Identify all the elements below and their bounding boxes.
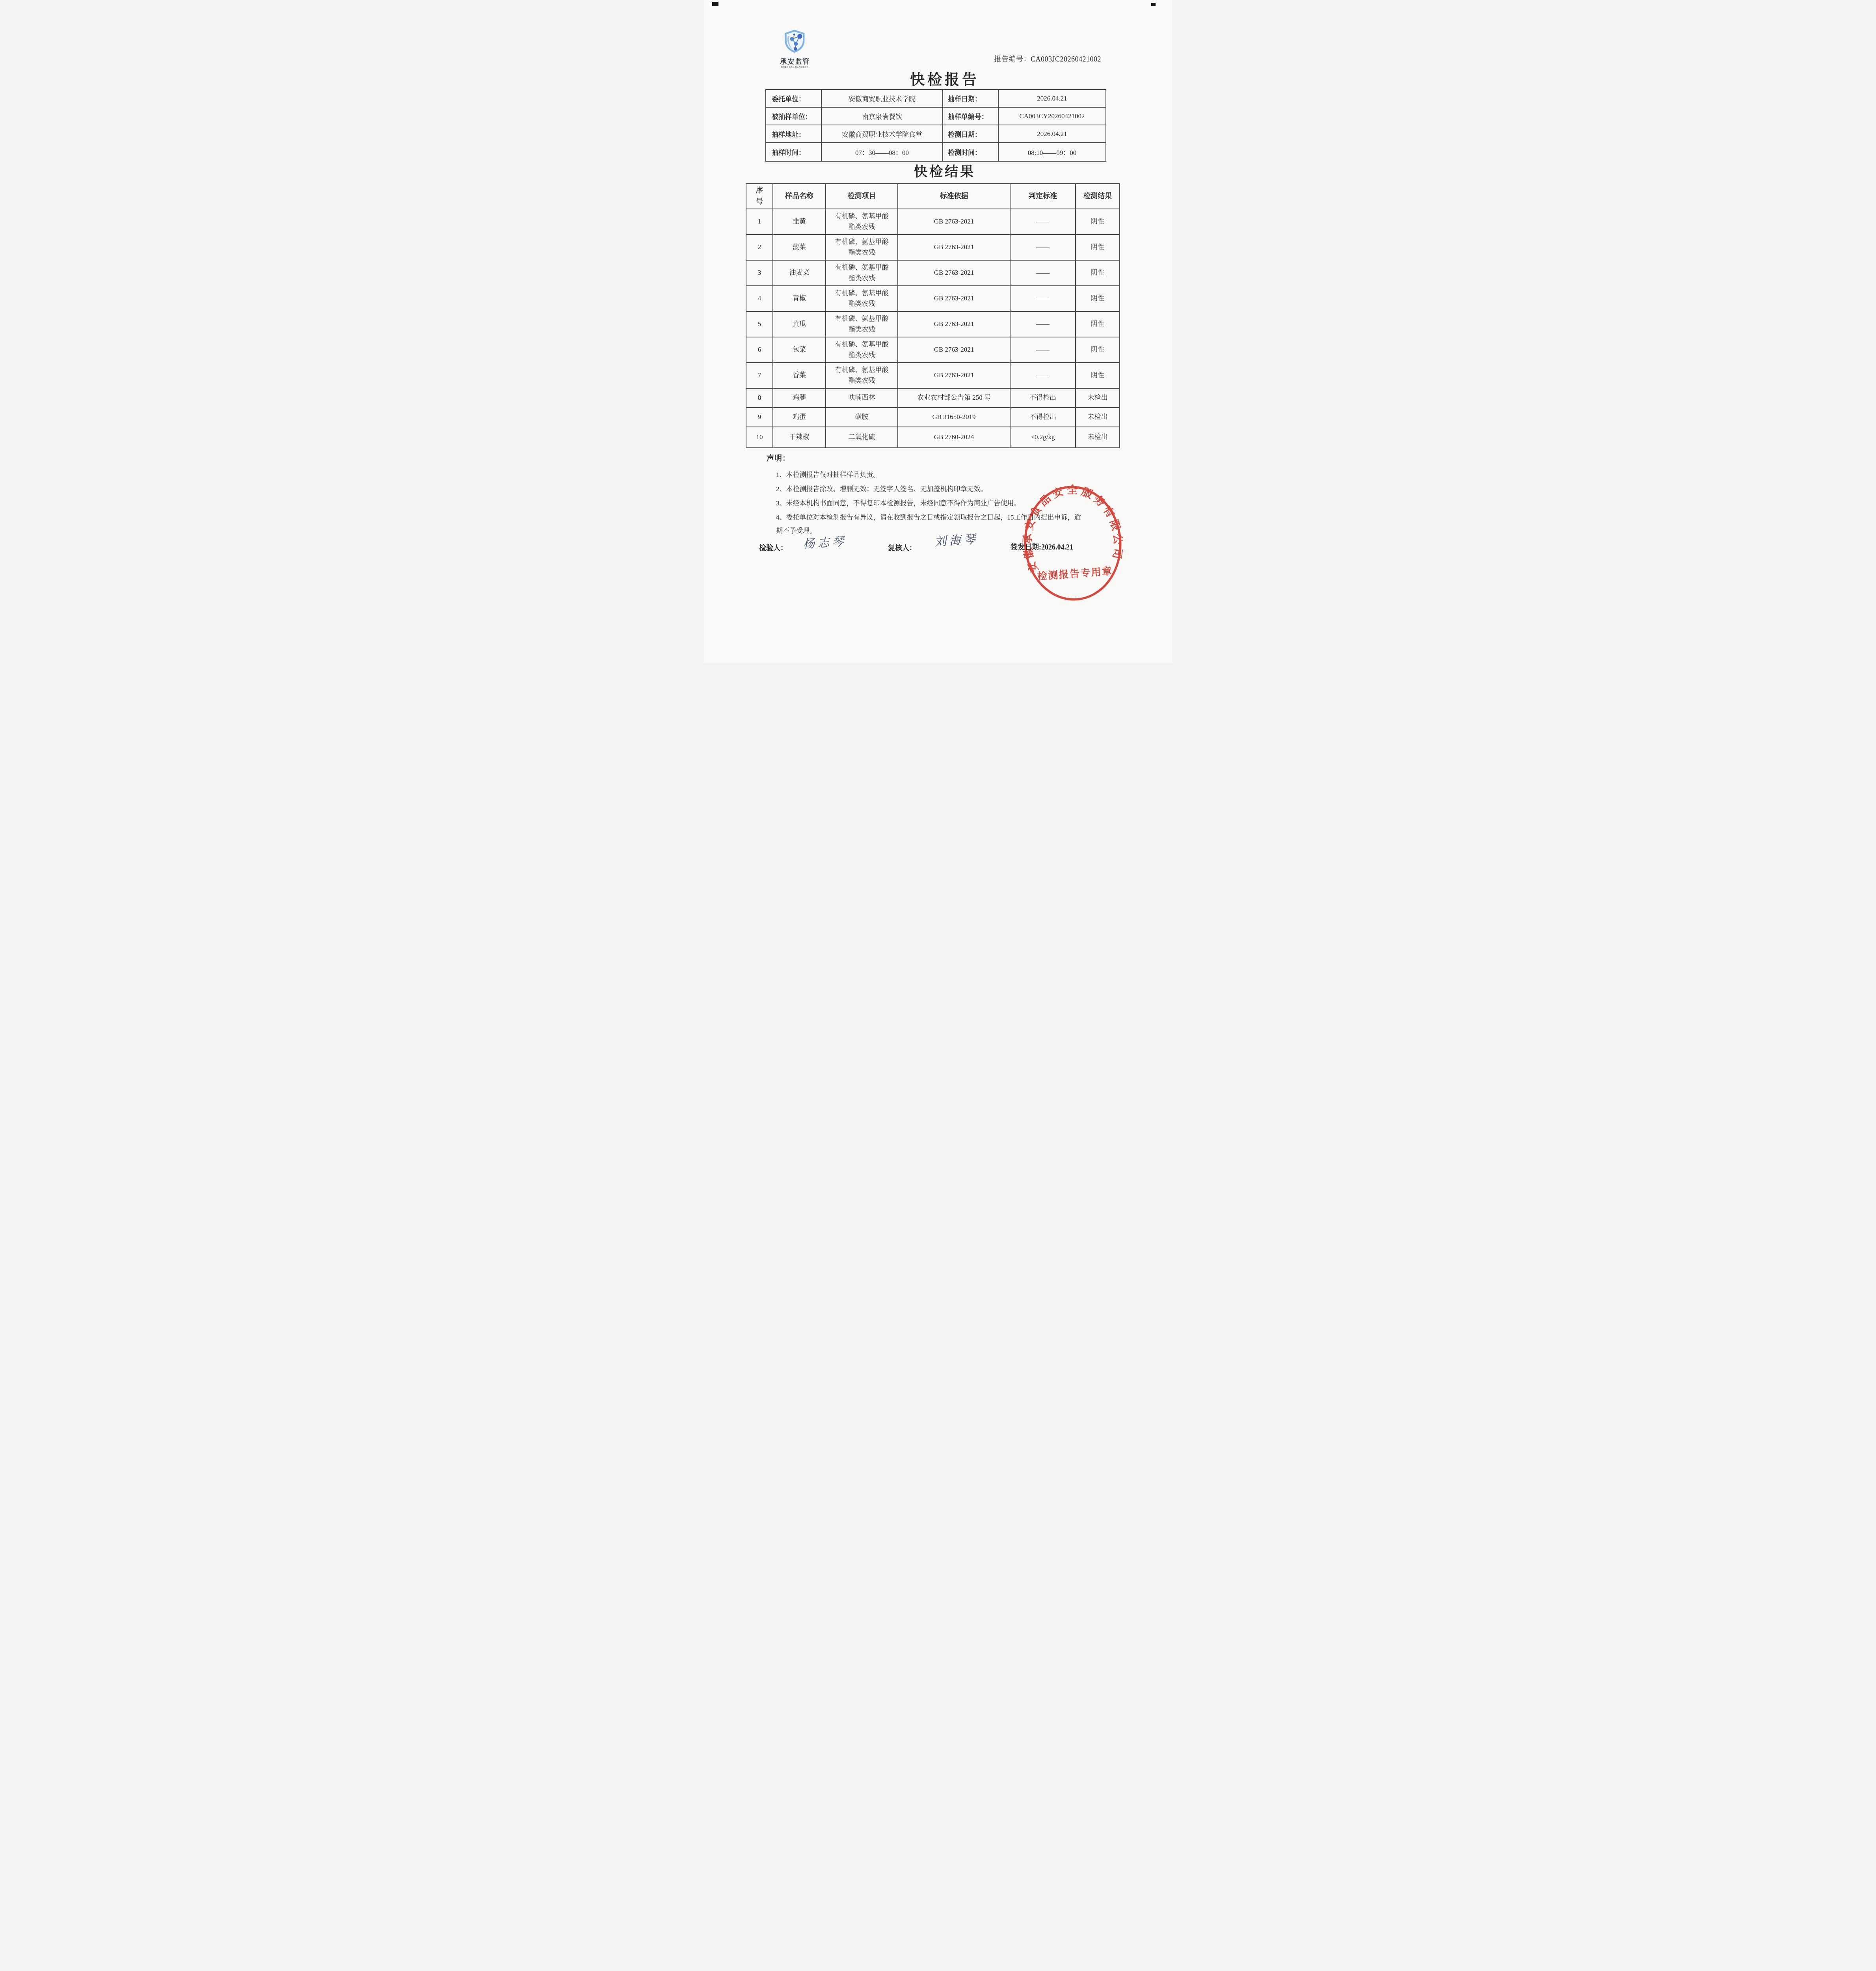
cell-sample: 包菜 (773, 337, 826, 362)
reviewer-label: 复核人： (888, 542, 916, 553)
report-number-value: CA003JC20260421002 (1031, 55, 1101, 63)
cell-standard: GB 2763-2021 (898, 286, 1011, 311)
cell-result: 未检出 (1076, 408, 1119, 427)
cell-criterion: 不得检出 (1011, 389, 1076, 407)
page-title: 快检报告 (703, 68, 1172, 89)
cell-no: 8 (746, 389, 773, 407)
cell-no: 5 (746, 312, 773, 337)
cell-criterion: —— (1011, 235, 1076, 260)
table-row: 1 韭黄 有机磷、氨基甲酸 酯类农残 GB 2763-2021 —— 阴性 (746, 209, 1119, 235)
cell-criterion: —— (1011, 286, 1076, 311)
info-row: 抽样地址： 安徽商贸职业技术学院食堂 检测日期： 2026.04.21 (766, 125, 1105, 143)
cell-no: 1 (746, 209, 773, 234)
cell-result: 阴性 (1076, 312, 1119, 337)
cell-result: 阴性 (1076, 209, 1119, 234)
info-value: 安徽商贸职业技术学院 (822, 90, 943, 107)
report-number: 报告编号：CA003JC20260421002 (994, 54, 1101, 64)
info-value: 安徽商贸职业技术学院食堂 (822, 125, 943, 142)
cell-criterion: —— (1011, 261, 1076, 285)
cell-result: 阴性 (1076, 235, 1119, 260)
table-row: 7 香菜 有机磷、氨基甲酸 酯类农残 GB 2763-2021 —— 阴性 (746, 363, 1119, 389)
info-value: 08:10——09：00 (999, 143, 1105, 161)
cell-item: 有机磷、氨基甲酸 酯类农残 (826, 286, 898, 311)
cell-result: 阴性 (1076, 286, 1119, 311)
info-label: 检测日期： (943, 125, 999, 142)
table-row: 5 黄瓜 有机磷、氨基甲酸 酯类农残 GB 2763-2021 —— 阴性 (746, 312, 1119, 337)
cell-sample: 韭黄 (773, 209, 826, 234)
info-label: 委托单位： (766, 90, 822, 107)
info-value: 南京泉满餐饮 (822, 108, 943, 125)
cell-sample: 油麦菜 (773, 261, 826, 285)
info-row: 委托单位： 安徽商贸职业技术学院 抽样日期： 2026.04.21 (766, 90, 1105, 108)
info-row: 被抽样单位： 南京泉满餐饮 抽样单编号： CA003CY20260421002 (766, 108, 1105, 125)
info-label: 抽样日期： (943, 90, 999, 107)
cell-item: 有机磷、氨基甲酸 酯类农残 (826, 209, 898, 234)
scan-artifact-topleft (712, 2, 718, 6)
stamp-inner-text: 检测报告专用章 (1037, 565, 1113, 582)
info-value: 07：30——08：00 (822, 143, 943, 161)
cell-standard: GB 2760-2024 (898, 427, 1011, 447)
cell-result: 阴性 (1076, 261, 1119, 285)
info-label: 检测时间： (943, 143, 999, 161)
cell-no: 4 (746, 286, 773, 311)
inspector-label: 检验人： (759, 542, 787, 553)
info-label: 抽样时间： (766, 143, 822, 161)
cell-standard: GB 2763-2021 (898, 261, 1011, 285)
table-row: 4 青椒 有机磷、氨基甲酸 酯类农残 GB 2763-2021 —— 阴性 (746, 286, 1119, 312)
cell-item: 有机磷、氨基甲酸 酯类农残 (826, 261, 898, 285)
info-value: 2026.04.21 (999, 125, 1105, 142)
column-header: 样品名称 (773, 184, 826, 209)
cell-sample: 青椒 (773, 286, 826, 311)
table-row: 8 鸡腿 呋喃西林 农业农村部公告第 250 号 不得检出 未检出 (746, 389, 1119, 408)
cell-item: 有机磷、氨基甲酸 酯类农残 (826, 235, 898, 260)
cell-no: 9 (746, 408, 773, 427)
table-row: 10 干辣椒 二氧化硫 GB 2760-2024 ≤0.2g/kg 未检出 (746, 427, 1119, 447)
info-label: 抽样单编号： (943, 108, 999, 125)
declaration-heading: 声明： (767, 453, 790, 463)
table-row: 2 菠菜 有机磷、氨基甲酸 酯类农残 GB 2763-2021 —— 阴性 (746, 235, 1119, 261)
cell-item: 有机磷、氨基甲酸 酯类农残 (826, 363, 898, 388)
scan-artifact-topright (1151, 3, 1156, 6)
report-page: 承安监管 CHENGANJIANGUAN 报告编号：CA003JC2026042… (703, 0, 1172, 663)
cell-criterion: —— (1011, 209, 1076, 234)
cell-sample: 干辣椒 (773, 427, 826, 447)
cell-result: 阴性 (1076, 337, 1119, 362)
column-header: 检测结果 (1076, 184, 1119, 209)
cell-result: 阴性 (1076, 363, 1119, 388)
cell-standard: GB 2763-2021 (898, 337, 1011, 362)
cell-item: 有机磷、氨基甲酸 酯类农残 (826, 337, 898, 362)
info-table: 委托单位： 安徽商贸职业技术学院 抽样日期： 2026.04.21 被抽样单位：… (765, 89, 1106, 162)
cell-no: 7 (746, 363, 773, 388)
cell-standard: GB 2763-2021 (898, 235, 1011, 260)
cell-item: 有机磷、氨基甲酸 酯类农残 (826, 312, 898, 337)
cell-sample: 鸡蛋 (773, 408, 826, 427)
cell-standard: GB 2763-2021 (898, 312, 1011, 337)
info-value: 2026.04.21 (999, 90, 1105, 107)
logo-title: 承安监管 (771, 56, 819, 66)
column-header: 判定标准 (1011, 184, 1076, 209)
reviewer-signature: 刘海琴 (934, 529, 979, 550)
info-row: 抽样时间： 07：30——08：00 检测时间： 08:10——09：00 (766, 143, 1105, 161)
cell-criterion: ≤0.2g/kg (1011, 427, 1076, 447)
cell-no: 3 (746, 261, 773, 285)
cell-criterion: —— (1011, 312, 1076, 337)
cell-criterion: 不得检出 (1011, 408, 1076, 427)
cell-sample: 黄瓜 (773, 312, 826, 337)
cell-standard: 农业农村部公告第 250 号 (898, 389, 1011, 407)
results-table: 序 号 样品名称 检测项目 标准依据 判定标准 检测结果 1 韭黄 有机磷、氨基… (746, 183, 1120, 448)
cell-standard: GB 31650-2019 (898, 408, 1011, 427)
cell-criterion: —— (1011, 363, 1076, 388)
results-header-row: 序 号 样品名称 检测项目 标准依据 判定标准 检测结果 (746, 184, 1119, 209)
stamp-ring-text: 安徽承安食品安全服务有限公司 (1018, 480, 1126, 575)
cell-result: 未检出 (1076, 389, 1119, 407)
column-header: 标准依据 (898, 184, 1011, 209)
info-label: 抽样地址： (766, 125, 822, 142)
cell-item: 磺胺 (826, 408, 898, 427)
cell-item: 二氧化硫 (826, 427, 898, 447)
cell-result: 未检出 (1076, 427, 1119, 447)
cell-standard: GB 2763-2021 (898, 363, 1011, 388)
company-stamp: 安徽承安食品安全服务有限公司 检测报告专用章 (1016, 480, 1130, 607)
logo: 承安监管 CHENGANJIANGUAN (771, 29, 819, 69)
table-row: 6 包菜 有机磷、氨基甲酸 酯类农残 GB 2763-2021 —— 阴性 (746, 337, 1119, 363)
info-label: 被抽样单位： (766, 108, 822, 125)
logo-shield-icon (780, 29, 810, 54)
cell-no: 2 (746, 235, 773, 260)
cell-sample: 菠菜 (773, 235, 826, 260)
svg-text:安徽承安食品安全服务有限公司: 安徽承安食品安全服务有限公司 (1018, 480, 1126, 575)
inspector-signature: 杨志琴 (802, 531, 847, 552)
cell-criterion: —— (1011, 337, 1076, 362)
cell-standard: GB 2763-2021 (898, 209, 1011, 234)
declaration-item: 1、本检测报告仅对抽样样品负责。 (776, 468, 1133, 482)
table-row: 3 油麦菜 有机磷、氨基甲酸 酯类农残 GB 2763-2021 —— 阴性 (746, 261, 1119, 286)
results-title: 快检结果 (703, 161, 1172, 180)
report-number-label: 报告编号： (994, 55, 1031, 63)
column-header: 检测项目 (826, 184, 898, 209)
cell-sample: 鸡腿 (773, 389, 826, 407)
cell-item: 呋喃西林 (826, 389, 898, 407)
column-header: 序 号 (746, 184, 773, 209)
cell-sample: 香菜 (773, 363, 826, 388)
table-row: 9 鸡蛋 磺胺 GB 31650-2019 不得检出 未检出 (746, 408, 1119, 427)
info-value: CA003CY20260421002 (999, 108, 1105, 125)
cell-no: 6 (746, 337, 773, 362)
cell-no: 10 (746, 427, 773, 447)
